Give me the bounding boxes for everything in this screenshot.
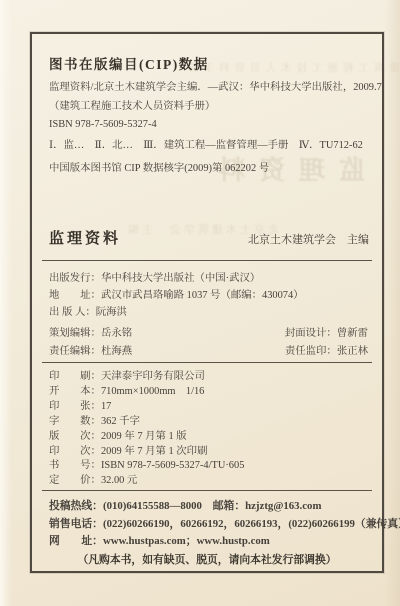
publisher-row: 出版发行：华中科技大学出版社（中国·武汉） bbox=[49, 270, 372, 287]
row-value: 2009 年 7 月第 1 版 bbox=[101, 431, 187, 442]
row-value: 32.00 元 bbox=[101, 475, 137, 486]
row-value: 武汉市武昌珞喻路 1037 号（邮编：430074） bbox=[101, 290, 304, 301]
row-label: 责任监印： bbox=[285, 346, 337, 357]
row-value: 曾新雷 bbox=[337, 328, 368, 339]
exchange-note: （凡购本书，如有缺页、脱页，请向本社发行部调换） bbox=[32, 552, 382, 567]
printing-row: 印 张：17 bbox=[49, 400, 372, 415]
row-label: 印 刷： bbox=[49, 371, 101, 382]
row-label: 开 本： bbox=[49, 386, 101, 397]
printing-row: 版 次：2009 年 7 月第 1 版 bbox=[49, 430, 372, 445]
staff-column-right: 封面设计：曾新雷 责任监印：张正林 bbox=[285, 325, 368, 360]
cip-classification: Ⅰ．监… Ⅱ．北… Ⅲ．建筑工程—监督管理—手册 Ⅳ．TU712-62 bbox=[49, 136, 372, 151]
cip-description-line: ISBN 978-7-5609-5327-4 bbox=[49, 116, 372, 135]
cip-description: 监理资料/北京土木建筑学会主编．—武汉：华中科技大学出版社，2009.7 （建筑… bbox=[49, 79, 372, 135]
row-value: 岳永铭 bbox=[101, 328, 132, 339]
scan-edge-highlight bbox=[0, 0, 12, 606]
printing-row: 定 价：32.00 元 bbox=[49, 474, 372, 489]
divider bbox=[42, 362, 372, 363]
row-label: 销售电话： bbox=[49, 518, 103, 530]
contact-block: 投稿热线：(010)64155588—8000 邮箱：hzjztg@163.co… bbox=[49, 498, 372, 551]
row-label: 网 址： bbox=[49, 535, 103, 547]
staff-row: 策划编辑：岳永铭 bbox=[49, 325, 132, 343]
printing-row: 印 刷：天津泰宇印务有限公司 bbox=[49, 370, 372, 385]
cip-description-line: （建筑工程施工技术人员资料手册） bbox=[49, 98, 372, 117]
row-value: www.hustpas.com；www.hustp.com bbox=[103, 535, 270, 547]
row-label: 封面设计： bbox=[285, 328, 337, 339]
printing-row: 印 次：2009 年 7 月第 1 次印刷 bbox=[49, 445, 372, 460]
row-label: 版 次： bbox=[49, 431, 101, 442]
row-label: 责任编辑： bbox=[49, 346, 101, 357]
printing-row: 书 号：ISBN 978-7-5609-5327-4/TU·605 bbox=[49, 459, 372, 474]
row-label: 印 张： bbox=[49, 401, 101, 412]
printing-block: 印 刷：天津泰宇印务有限公司 开 本：710mm×1000mm 1/16 印 张… bbox=[49, 370, 372, 489]
row-value: 2009 年 7 月第 1 次印刷 bbox=[101, 446, 208, 457]
cip-record-number: 中国版本图书馆 CIP 数据核字(2009)第 062202 号 bbox=[49, 159, 372, 174]
row-value: (010)64155588—8000 邮箱：hzjztg@163.com bbox=[103, 500, 321, 512]
row-value: 华中科技大学出版社（中国·武汉） bbox=[101, 273, 260, 284]
row-value: 天津泰宇印务有限公司 bbox=[101, 371, 205, 382]
title-row: 监理资料 北京土木建筑学会 主编 bbox=[49, 227, 369, 248]
row-label: 书 号： bbox=[49, 460, 101, 471]
row-label: 出版发行： bbox=[49, 273, 101, 284]
row-value: 17 bbox=[101, 401, 111, 412]
publisher-row: 出 版 人：阮海洪 bbox=[49, 304, 372, 321]
cip-description-line: 监理资料/北京土木建筑学会主编．—武汉：华中科技大学出版社，2009.7 bbox=[49, 79, 372, 98]
staff-row: 封面设计：曾新雷 bbox=[285, 325, 368, 343]
cip-header: 图书在版编目(CIP)数据 bbox=[49, 53, 209, 73]
row-label: 字 数： bbox=[49, 416, 101, 427]
staff-row: 责任编辑：杜海燕 bbox=[49, 343, 132, 361]
row-label: 投稿热线： bbox=[49, 500, 103, 512]
colophon-frame: 图书在版编目(CIP)数据 监理资料/北京土木建筑学会主编．—武汉：华中科技大学… bbox=[30, 32, 384, 573]
row-value: 362 千字 bbox=[101, 416, 140, 427]
staff-block: 策划编辑：岳永铭 责任编辑：杜海燕 封面设计：曾新雷 责任监印：张正林 bbox=[49, 325, 368, 360]
publisher-block: 出版发行：华中科技大学出版社（中国·武汉） 地 址：武汉市武昌珞喻路 1037 … bbox=[49, 270, 372, 322]
staff-row: 责任监印：张正林 bbox=[285, 343, 368, 361]
printing-row: 开 本：710mm×1000mm 1/16 bbox=[49, 385, 372, 400]
row-label: 印 次： bbox=[49, 446, 101, 457]
divider bbox=[42, 490, 372, 491]
row-label: 策划编辑： bbox=[49, 328, 101, 339]
row-value: 杜海燕 bbox=[101, 346, 132, 357]
row-label: 地 址： bbox=[49, 290, 101, 301]
row-value: ISBN 978-7-5609-5327-4/TU·605 bbox=[101, 460, 244, 471]
row-label: 出 版 人： bbox=[49, 307, 96, 318]
book-editor: 北京土木建筑学会 主编 bbox=[248, 231, 369, 247]
publisher-row: 地 址：武汉市武昌珞喻路 1037 号（邮编：430074） bbox=[49, 287, 372, 304]
contact-row: 网 址：www.hustpas.com；www.hustp.com bbox=[49, 533, 372, 551]
book-title: 监理资料 bbox=[49, 227, 121, 248]
printing-row: 字 数：362 千字 bbox=[49, 415, 372, 430]
row-value: (022)60266190，60266192，60266193，(022)602… bbox=[103, 518, 400, 530]
row-value: 阮海洪 bbox=[96, 307, 127, 318]
contact-row: 投稿热线：(010)64155588—8000 邮箱：hzjztg@163.co… bbox=[49, 498, 372, 516]
scan-edge-shadow bbox=[384, 0, 400, 606]
contact-row: 销售电话：(022)60266190，60266192，60266193，(02… bbox=[49, 516, 372, 534]
row-label: 定 价： bbox=[49, 475, 101, 486]
row-value: 710mm×1000mm 1/16 bbox=[101, 386, 204, 397]
divider bbox=[42, 260, 372, 261]
row-value: 张正林 bbox=[337, 346, 368, 357]
staff-column-left: 策划编辑：岳永铭 责任编辑：杜海燕 bbox=[49, 325, 132, 360]
